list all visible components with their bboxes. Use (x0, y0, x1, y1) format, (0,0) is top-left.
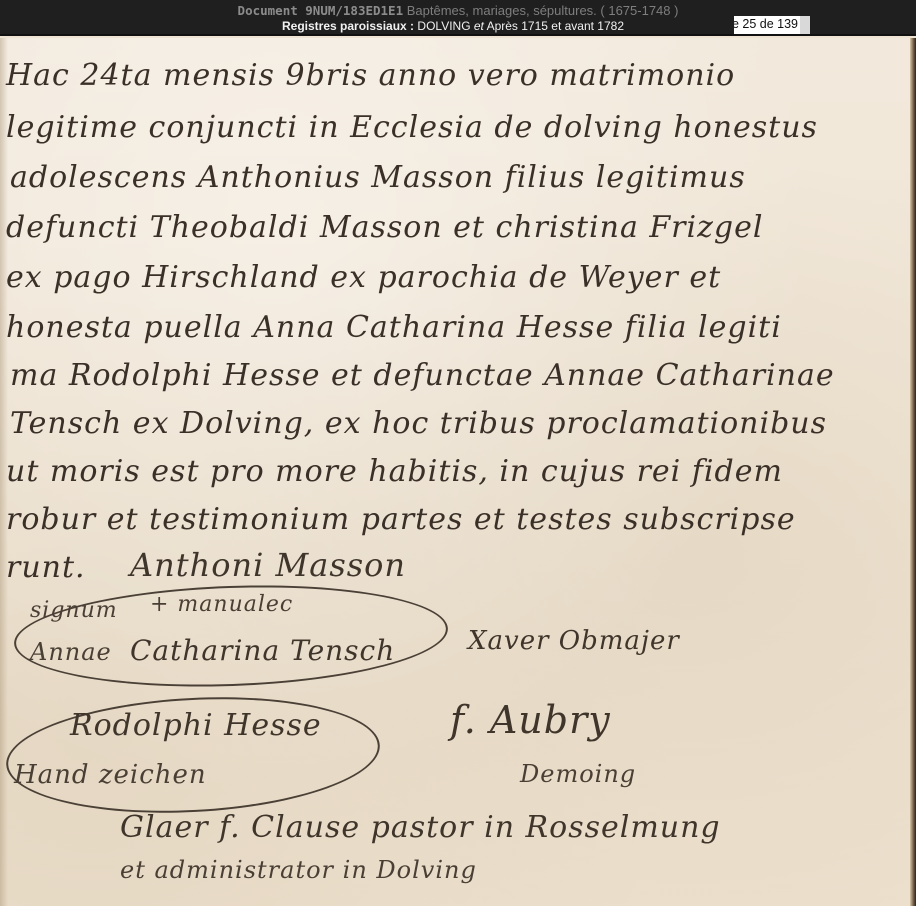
handwritten-line: honesta puella Anna Catharina Hesse fili… (6, 310, 782, 345)
handwritten-line: ut moris est pro more habitis, in cujus … (6, 454, 783, 489)
priest-signature: f. Aubry (450, 698, 611, 742)
witness-signature-1: Rodolphi Hesse (70, 708, 322, 743)
handwritten-line: ma Rodolphi Hesse et defunctae Annae Cat… (10, 358, 835, 393)
handwritten-line: defuncti Theobaldi Masson et christina F… (6, 210, 763, 245)
witness-signature-2: Xaver Obmajer (468, 626, 680, 656)
registry-label: Registres paroissiaux : (282, 19, 414, 33)
witness-mark-label: Hand zeichen (14, 760, 207, 790)
closing-line-1: Glaer f. Clause pastor in Rosselmung (120, 810, 721, 845)
priest-place: Demoing (520, 760, 636, 788)
handwritten-line: legitime conjuncti in Ecclesia de dolvin… (6, 110, 818, 145)
page-indicator-text: e 25 de 139 (734, 17, 798, 32)
bride-name: Catharina Tensch (130, 634, 395, 667)
groom-signature: Anthoni Masson (130, 546, 406, 584)
document-description: Baptêmes, mariages, sépultures. ( 1675-1… (407, 3, 679, 18)
page-right-edge (910, 38, 916, 906)
bride-mark-label-2: Annae (30, 638, 112, 666)
bride-mark-cross: + manualec (150, 592, 293, 617)
registry-subtitle: Registres paroissiaux : DOLVING et Après… (282, 19, 624, 33)
closing-line-2: et administrator in Dolving (120, 856, 477, 884)
page-indicator[interactable]: e 25 de 139 (734, 16, 810, 34)
bride-mark-label: signum (30, 598, 118, 623)
document-image-viewer[interactable]: Hac 24ta mensis 9bris anno vero matrimon… (0, 38, 916, 906)
document-header-bar: Document 9NUM/183ED1E1 Baptêmes, mariage… (0, 0, 916, 36)
handwritten-line: runt. (6, 550, 86, 585)
registry-conjunction: et (474, 19, 484, 33)
handwritten-line: Tensch ex Dolving, ex hoc tribus proclam… (10, 406, 827, 441)
handwritten-line: adolescens Anthonius Masson filius legit… (10, 160, 746, 195)
handwritten-line: robur et testimonium partes et testes su… (6, 502, 796, 537)
handwritten-line: ex pago Hirschland ex parochia de Weyer … (6, 260, 721, 295)
document-id: Document 9NUM/183ED1E1 (238, 3, 404, 18)
registry-period: Après 1715 et avant 1782 (487, 19, 624, 33)
registry-place: DOLVING (417, 19, 470, 33)
handwritten-line: Hac 24ta mensis 9bris anno vero matrimon… (6, 58, 735, 93)
